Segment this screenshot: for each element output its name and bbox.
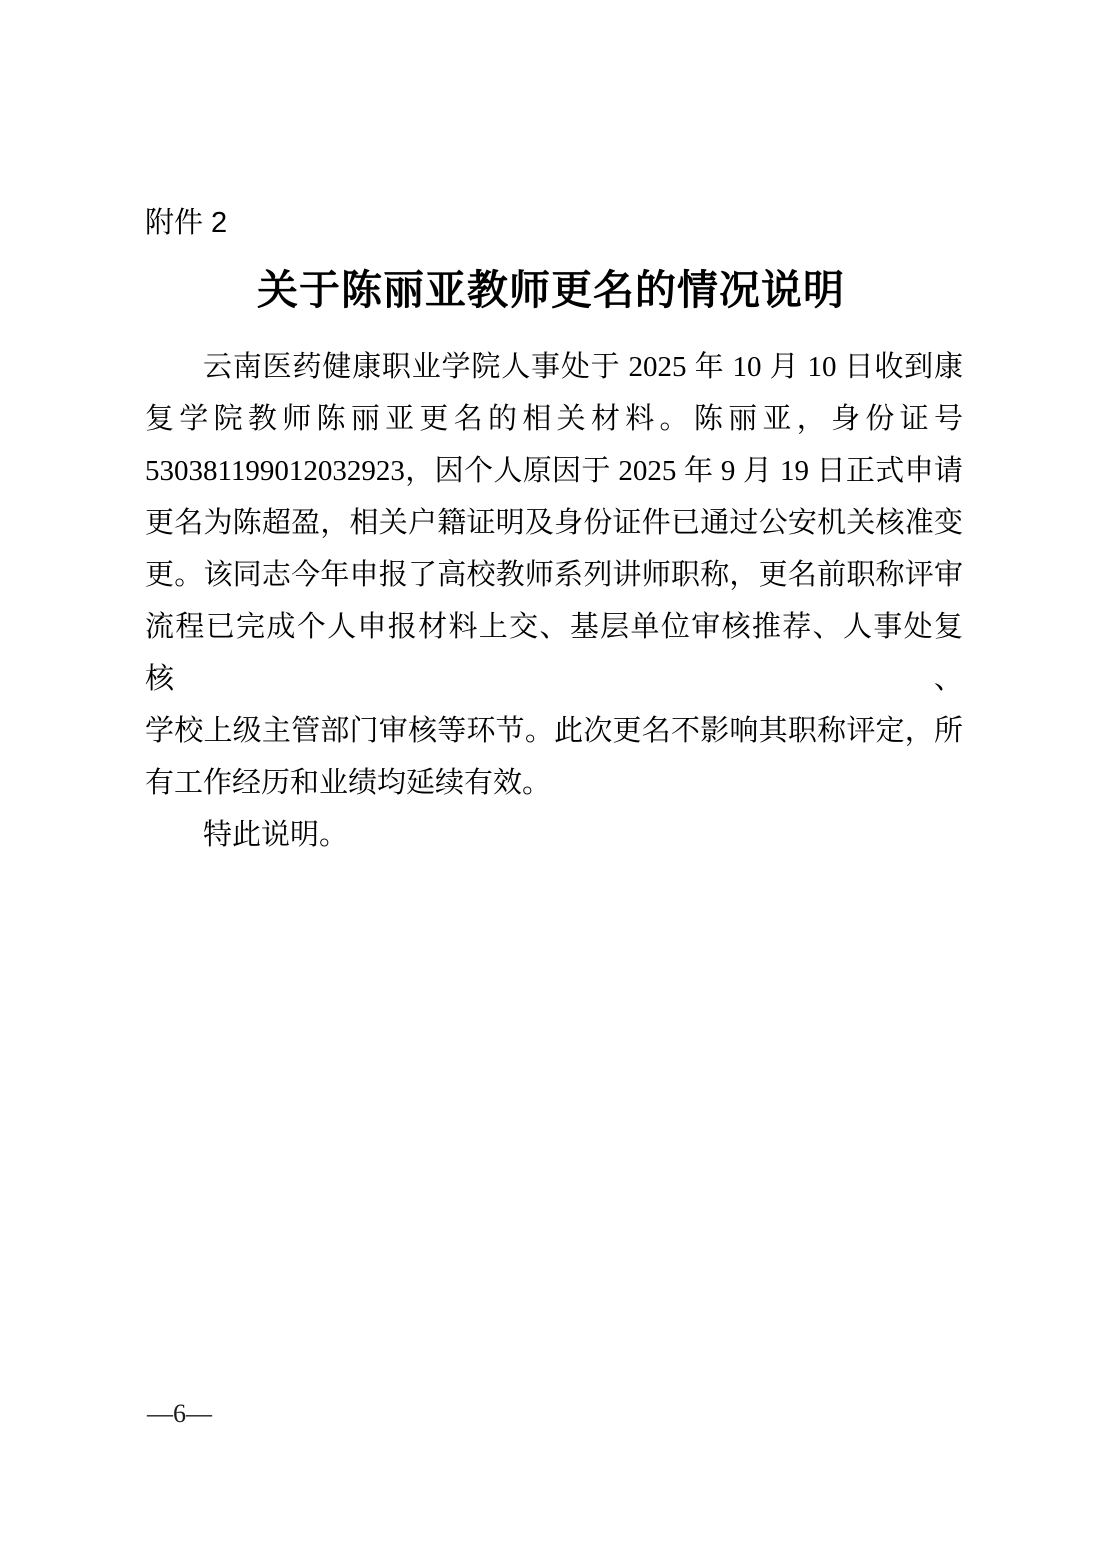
document-body: 云南医药健康职业学院人事处于 2025 年 10 月 10 日收到康 复学院教师…	[145, 341, 963, 861]
body-line: 更。该同志今年申报了高校教师系列讲师职称，更名前职称评审	[145, 549, 963, 601]
page-number: —6—	[147, 1398, 212, 1430]
body-line: 530381199012032923，因个人原因于 2025 年 9 月 19 …	[145, 445, 963, 497]
body-line: 更名为陈超盈，相关户籍证明及身份证件已通过公安机关核准变	[145, 497, 963, 549]
body-line: 流程已完成个人申报材料上交、基层单位审核推荐、人事处复核、	[145, 601, 963, 705]
body-line: 复学院教师陈丽亚更名的相关材料。陈丽亚，身份证号	[145, 393, 963, 445]
attachment-label: 附件 2	[145, 205, 227, 241]
body-line: 云南医药健康职业学院人事处于 2025 年 10 月 10 日收到康	[145, 341, 963, 393]
body-line: 有工作经历和业绩均延续有效。	[145, 757, 963, 809]
document-title: 关于陈丽亚教师更名的情况说明	[0, 264, 1102, 316]
document-page: 附件 2 关于陈丽亚教师更名的情况说明 云南医药健康职业学院人事处于 2025 …	[0, 0, 1102, 1559]
body-line: 学校上级主管部门审核等环节。此次更名不影响其职称评定，所	[145, 705, 963, 757]
body-closing-line: 特此说明。	[145, 809, 963, 861]
